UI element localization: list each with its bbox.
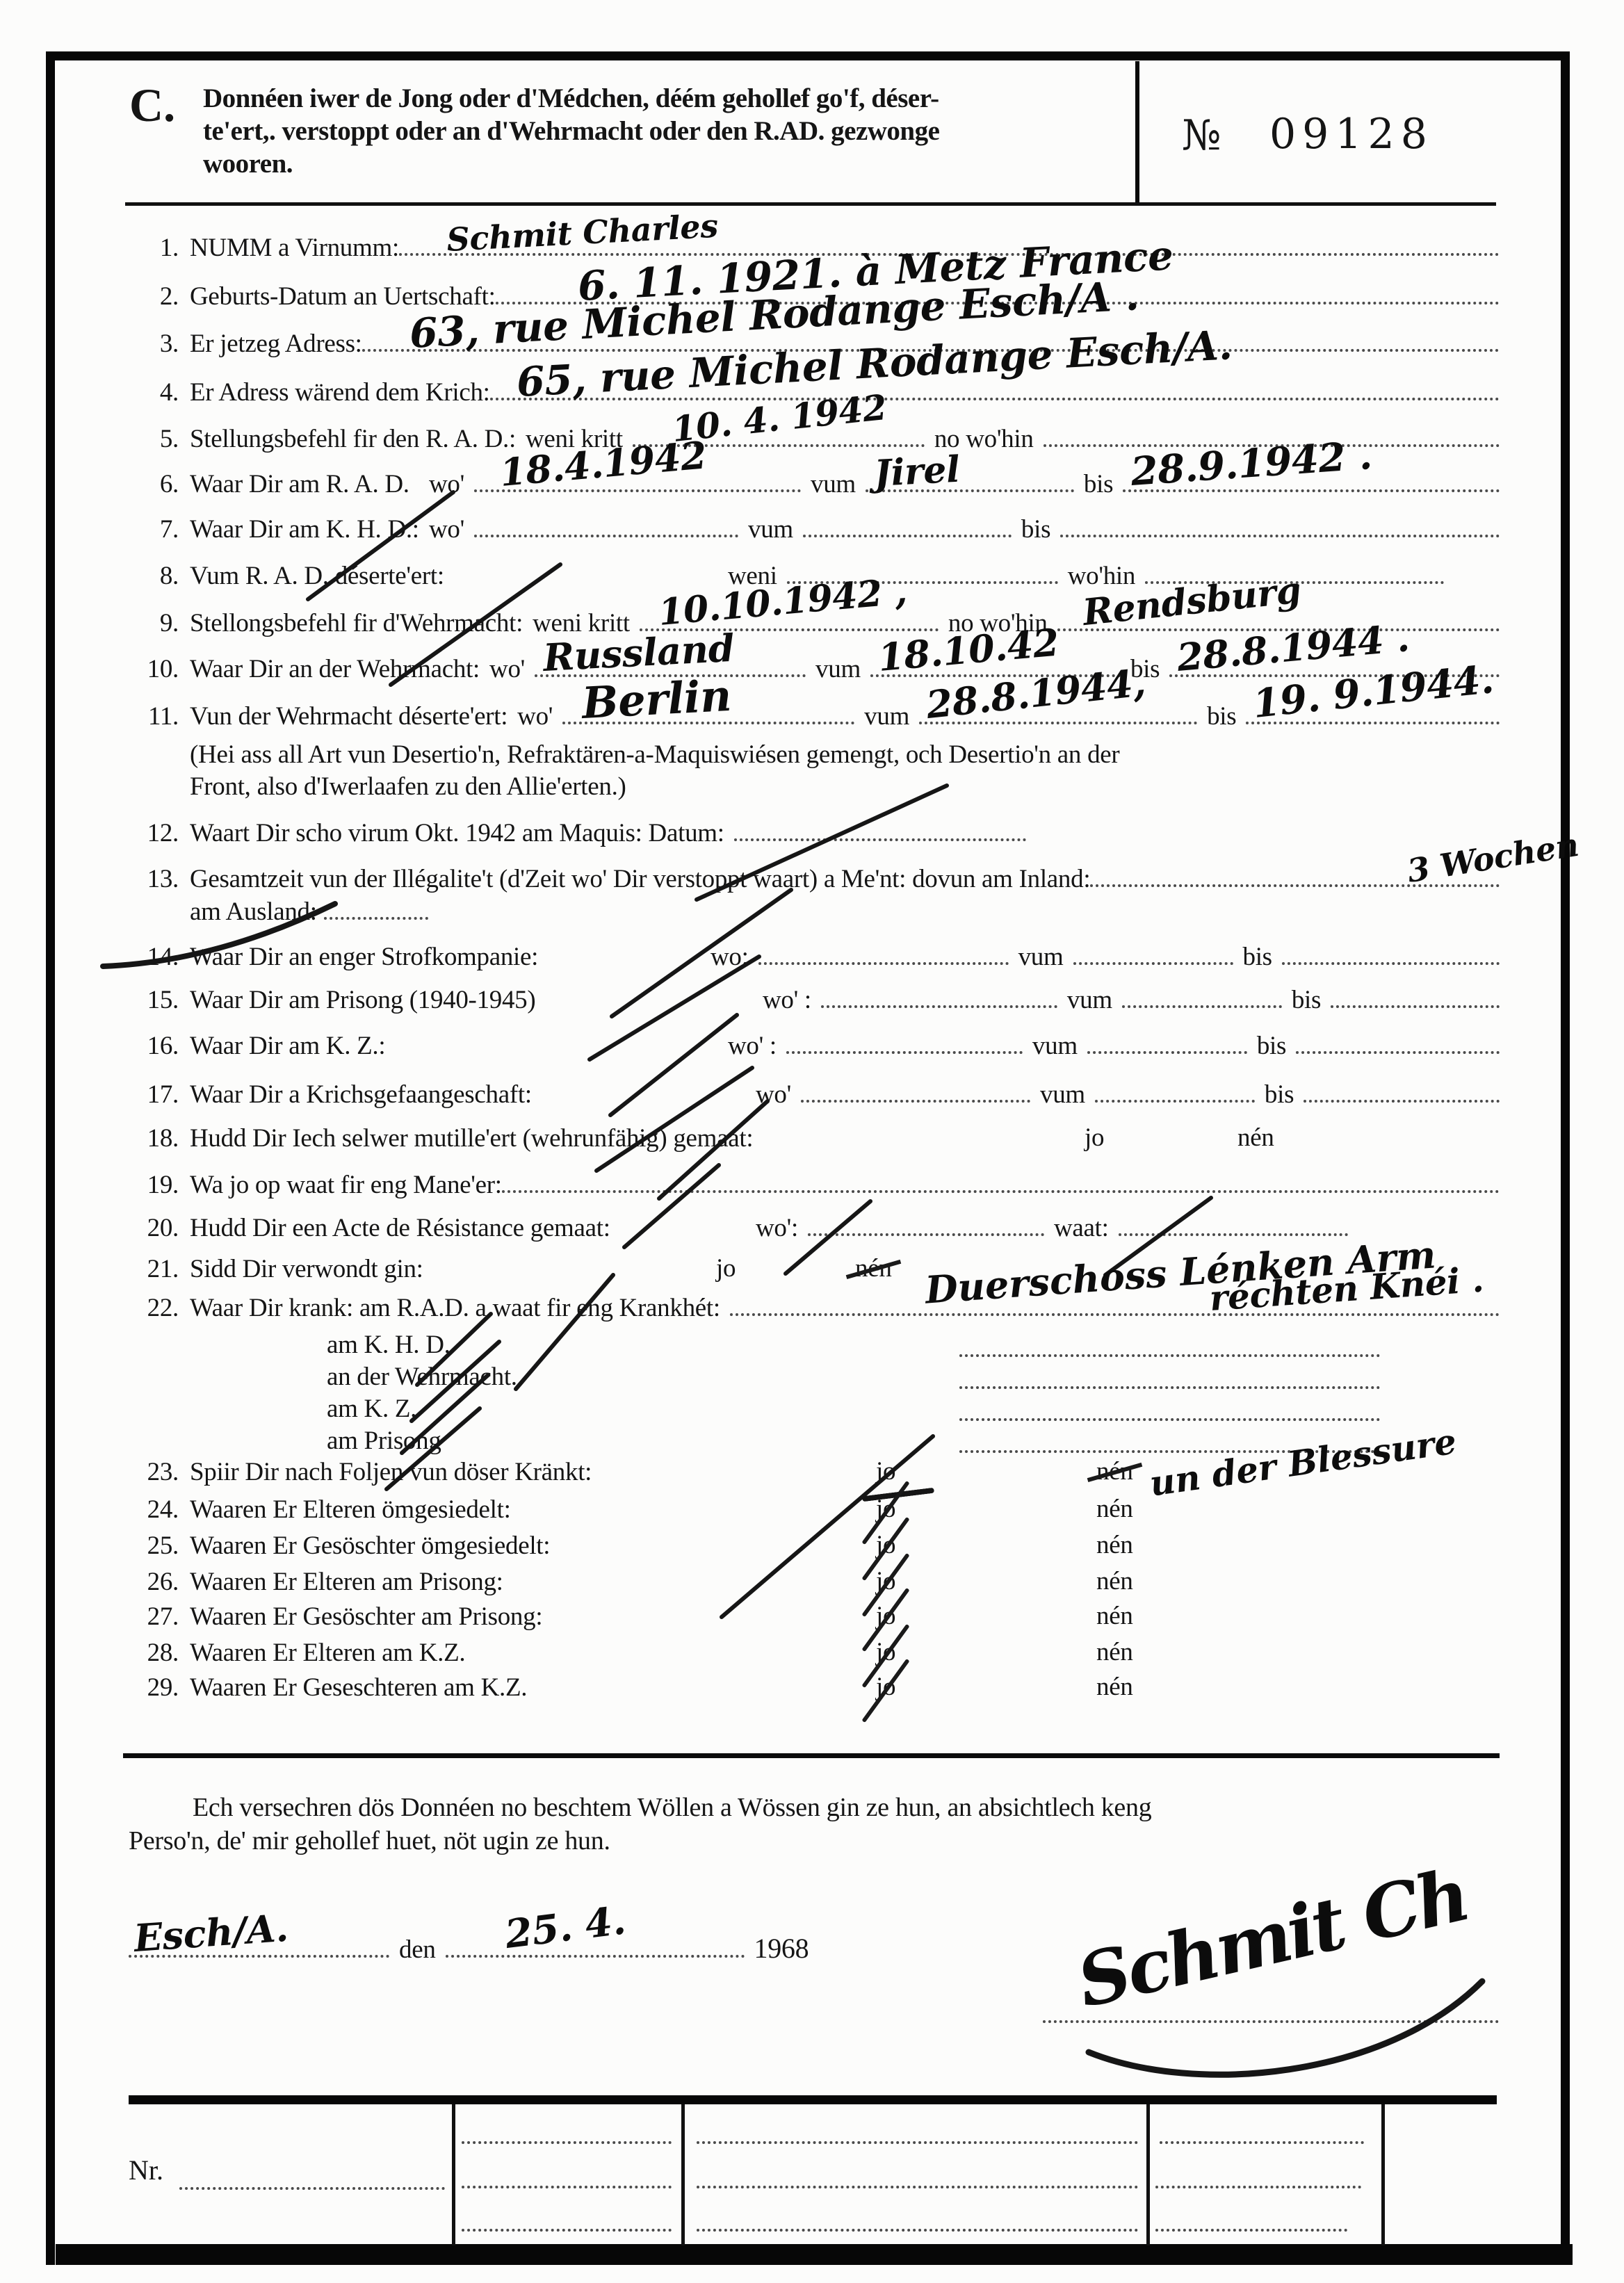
declaration-line1: Ech versechren dös Donnéen no beschtem W… [129, 1791, 1504, 1824]
field-word: wo' [507, 701, 562, 731]
fill-in-line [801, 1079, 1030, 1103]
item-label: Er jetzeg Adress: [190, 329, 362, 359]
footer-dotted-line [462, 2229, 672, 2232]
option-jo-struck: jo [876, 1494, 895, 1524]
footer-dotted-line [462, 2141, 672, 2144]
field-word: bis [1233, 942, 1282, 972]
option-jo-struck: jo [876, 1637, 895, 1667]
form-row-28: 28. Waaren Er Elteren am K.Z. jo nén [129, 1638, 1500, 1671]
fill-in-line [1119, 1212, 1348, 1236]
field-word: wo' [419, 469, 474, 499]
sub-label-prisong: am Prisong [327, 1426, 441, 1456]
item-number: 8. [129, 561, 190, 591]
footer-table-top-bar [129, 2095, 1497, 2104]
form-row-22-sub2: an der Wehrmacht. [129, 1361, 1500, 1395]
footer-dotted-line [1155, 2186, 1361, 2188]
item-number: 15. [129, 985, 190, 1015]
fill-in-line [1087, 1030, 1247, 1054]
fill-in-line [474, 514, 738, 537]
footer-table-vline [1146, 2104, 1150, 2245]
field-word: bis [1012, 514, 1060, 544]
field-word: wo' [746, 1080, 801, 1110]
item-label: Waar Dir krank: am R.A.D. a waat fir eng… [190, 1293, 720, 1323]
item-label: Waar Dir am Prisong (1940-1945) [190, 985, 753, 1015]
option-jo-struck: jo [876, 1530, 895, 1560]
field-word: vum [801, 469, 866, 499]
field-word: wo' : [718, 1031, 786, 1061]
field-word: vum [1030, 1080, 1095, 1110]
form-row-22: 22. Waar Dir krank: am R.A.D. a waat fir… [129, 1292, 1500, 1326]
fill-in-line: 65, rue Michel Rodange Esch/A. [490, 377, 1500, 400]
option-nen-struck: nén [855, 1253, 892, 1283]
form-row-13: 13. Gesamtzeit vun der Illégalite't (d'Z… [129, 863, 1500, 897]
item-label: Waaren Er Elteren am Prisong: [190, 1567, 503, 1597]
item-label: Waaren Er Gesöschter am Prisong: [190, 1602, 542, 1632]
item-label: Vun der Wehrmacht déserte'ert: [190, 701, 507, 731]
item-number: 26. [129, 1567, 190, 1597]
form-row-7: 7. Waar Dir am K. H. D.: wo' vum bis [129, 514, 1500, 547]
item-number: 23. [129, 1457, 190, 1487]
item-label: Waar Dir an enger Strofkompanie: [190, 942, 701, 972]
form-title: Donnéen iwer de Jong oder d'Médchen, déé… [203, 82, 1128, 180]
item-number: 2. [129, 282, 190, 311]
fill-in-line [959, 1386, 1380, 1389]
item-number: 10. [129, 654, 190, 684]
footer-dotted-line [1155, 2229, 1347, 2232]
fill-in-line [1122, 984, 1282, 1008]
fill-in-line: 28.9.1942 . [1123, 469, 1500, 492]
item-number: 24. [129, 1495, 190, 1525]
form-row-6: 6. Waar Dir am R. A. D. wo' 18.4.1942 vu… [129, 469, 1500, 502]
item-number: 29. [129, 1673, 190, 1703]
form-row-26: 26. Waaren Er Elteren am Prisong: jo nén [129, 1567, 1500, 1600]
form-row-19: 19. Wa jo op waat fir eng Mane'er: [129, 1169, 1500, 1203]
item-label: Sidd Dir verwondt gin: [190, 1254, 423, 1284]
fill-in-line: Jirel [866, 469, 1074, 492]
item-label: Waaren Er Elteren am K.Z. [190, 1638, 465, 1668]
item-number: 14. [129, 942, 190, 972]
fill-in-line [959, 1418, 1380, 1421]
footer-dotted-line [462, 2186, 672, 2188]
fill-in-line [821, 984, 1057, 1008]
form-row-22-sub3: am K. Z. [129, 1393, 1500, 1427]
header-divider [1135, 61, 1139, 202]
field-word: wo' [480, 654, 535, 684]
item-number: 21. [129, 1254, 190, 1284]
fill-in-line: 18.4.1942 [474, 469, 801, 492]
footer-dotted-line [1160, 2141, 1364, 2144]
option-nen: nén [1096, 1566, 1133, 1596]
field-word: waat: [1044, 1213, 1119, 1243]
item-label: Stellongsbefehl fir d'Wehrmacht: [190, 608, 523, 638]
form-row-12: 12. Waart Dir scho virum Okt. 1942 am Ma… [129, 818, 1500, 851]
item-label: Waar Dir am K. H. D.: [190, 514, 419, 544]
declaration-paragraph: Ech versechren dös Donnéen no beschtem W… [129, 1791, 1504, 1858]
footer-table-vline [681, 2104, 685, 2245]
item-number: 11. [129, 701, 190, 731]
form-row-29: 29. Waaren Er Geseschteren am K.Z. jo né… [129, 1673, 1500, 1706]
form-title-line1: Donnéen iwer de Jong oder d'Médchen, déé… [203, 82, 1128, 115]
item-number: 5. [129, 424, 190, 454]
field-word: vum [854, 701, 919, 731]
fill-in-line [324, 896, 428, 920]
field-word: vum [1009, 942, 1073, 972]
field-word: wo' [419, 514, 474, 544]
declaration-line2: Perso'n, de' mir gehollef huet, nöt ugin… [129, 1824, 1504, 1858]
declaration-separator [123, 1753, 1500, 1758]
option-jo-struck: jo [876, 1566, 895, 1596]
item-label: Vum R. A. D. déserte'ert: [190, 561, 718, 591]
item-label: Geburts-Datum an Uertschaft: [190, 282, 496, 311]
form-row-22-sub1: am K. H. D. [129, 1329, 1500, 1363]
option-nen: nén [1096, 1601, 1133, 1631]
fill-in-line: 28.8.1944, [919, 701, 1197, 724]
item-label: Stellungsbefehl fir den R. A. D.: [190, 424, 516, 454]
word-den: den [389, 1935, 446, 1965]
form-row-20: 20. Hudd Dir een Acte de Résistance gema… [129, 1212, 1500, 1246]
field-word: bis [1255, 1080, 1304, 1110]
item-label: Er Adress wärend dem Krich: [190, 377, 490, 407]
form-row-13b: am Ausland: [129, 896, 1500, 929]
footer-table-vline [452, 2104, 455, 2245]
numero-sign: № [1182, 111, 1221, 160]
option-nen: nén [1096, 1494, 1133, 1524]
fill-in-line [1282, 941, 1500, 965]
field-word: vum [1057, 985, 1122, 1015]
option-nen-struck: nén [1096, 1456, 1133, 1486]
fill-in-line [1296, 1030, 1500, 1054]
item-label: Waar Dir a Krichsgefaangeschaft: [190, 1080, 746, 1110]
form-title-line2: te'ert,. verstoppt oder an d'Wehrmacht o… [203, 115, 1128, 147]
item-label: Waart Dir scho virum Okt. 1942 am Maquis… [190, 818, 724, 848]
form-row-17: 17. Waar Dir a Krichsgefaangeschaft: wo'… [129, 1079, 1500, 1112]
place-line: Esch/A. [129, 1934, 389, 1958]
sub-label-wehrmacht: an der Wehrmacht. [327, 1362, 517, 1392]
item-number: 13. [129, 864, 190, 894]
year-printed: 1968 [745, 1932, 819, 1965]
field-word: wo': [746, 1213, 808, 1243]
item-number: 12. [129, 818, 190, 848]
item-number: 17. [129, 1080, 190, 1110]
section-letter: C. [129, 78, 175, 133]
item-number: 4. [129, 377, 190, 407]
option-jo-struck: jo [876, 1672, 895, 1702]
footer-dotted-line [697, 2141, 1138, 2144]
form-title-line3: wooren. [203, 147, 1128, 180]
option-jo: jo [1085, 1123, 1104, 1153]
form-row-11-note2: Front, also d'Iwerlaafen zu den Allie'er… [129, 772, 1500, 805]
item-label: Waaren Er Geseschteren am K.Z. [190, 1673, 527, 1703]
option-jo-struck: jo [876, 1601, 895, 1631]
fill-in-line [758, 941, 1009, 965]
footer-dotted-line [697, 2229, 1138, 2232]
fill-in-line [1060, 514, 1500, 537]
item-label: Waaren Er Elteren ömgesiedelt: [190, 1495, 511, 1525]
form-row-16: 16. Waar Dir am K. Z.: wo' : vum bis [129, 1030, 1500, 1064]
item-label: Waar Dir am K. Z.: [190, 1031, 718, 1061]
day-line: 25. 4. [446, 1934, 745, 1958]
field-word: wo' : [753, 985, 821, 1015]
signature-line [1043, 2020, 1499, 2023]
form-row-11: 11. Vun der Wehrmacht déserte'ert: wo' B… [129, 701, 1500, 734]
item-number: 27. [129, 1602, 190, 1632]
field-word: bis [1247, 1031, 1296, 1061]
form-serial-number: 09128 [1269, 110, 1434, 159]
fill-in-line [1073, 941, 1233, 965]
header-rule [125, 202, 1496, 206]
option-nen: nén [1096, 1672, 1133, 1702]
fill-in-line [1095, 1079, 1255, 1103]
item-number: 28. [129, 1638, 190, 1668]
item-number: 6. [129, 469, 190, 499]
handwritten-place: Jirel [873, 448, 961, 495]
fill-in-line [808, 1212, 1044, 1236]
field-word: wo: [701, 942, 758, 972]
item-number: 7. [129, 514, 190, 544]
item-label: NUMM a Virnumm: [190, 233, 399, 263]
parenthetical-note: Front, also d'Iwerlaafen zu den Allie'er… [190, 772, 626, 802]
fill-in-line: Berlin [562, 701, 854, 724]
footer-table-vline [1381, 2104, 1385, 2245]
field-word: bis [1282, 985, 1331, 1015]
fill-in-line [786, 1030, 1023, 1054]
field-word: vum [1023, 1031, 1087, 1061]
form-row-25: 25. Waaren Er Gesöschter ömgesiedelt: jo… [129, 1531, 1500, 1564]
item-label: Waaren Er Gesöschter ömgesiedelt: [190, 1531, 550, 1561]
fill-in-line [803, 514, 1012, 537]
form-row-15: 15. Waar Dir am Prisong (1940-1945) wo' … [129, 984, 1500, 1018]
sub-label-khd: am K. H. D. [327, 1330, 450, 1360]
option-nen: nén [1096, 1530, 1133, 1560]
item-label: am Ausland: [190, 897, 317, 927]
handwritten-place: Berlin [580, 670, 732, 729]
field-word: vum [738, 514, 803, 544]
item-label: Wa jo op waat fir eng Mane'er: [190, 1170, 502, 1200]
fill-in-line: 3 Wochen [1090, 863, 1500, 887]
fill-in-line [1331, 984, 1500, 1008]
item-number: 16. [129, 1031, 190, 1061]
item-number: 3. [129, 329, 190, 359]
fill-in-line [959, 1354, 1380, 1357]
option-jo-underlined: jo [876, 1456, 895, 1486]
fill-in-line [1304, 1079, 1500, 1103]
footer-nr-label: Nr. [129, 2154, 163, 2186]
item-number: 19. [129, 1170, 190, 1200]
form-row-27: 27. Waaren Er Gesöschter am Prisong: jo … [129, 1602, 1500, 1635]
sub-label-kz: am K. Z. [327, 1394, 416, 1424]
item-number: 20. [129, 1213, 190, 1243]
field-word: vum [806, 654, 870, 684]
item-label: Gesamtzeit vun der Illégalite't (d'Zeit … [190, 864, 1090, 894]
form-row-24: 24. Waaren Er Elteren ömgesiedelt: jo né… [129, 1495, 1500, 1528]
scanned-form-page: C. Donnéen iwer de Jong oder d'Médchen, … [0, 0, 1624, 2283]
form-row-11-note1: (Hei ass all Art vun Desertio'n, Refrakt… [129, 740, 1500, 773]
fill-in-line: 19. 9.1944. [1246, 701, 1500, 724]
item-label: Hudd Dir een Acte de Résistance gemaat: [190, 1213, 746, 1243]
footer-dotted-line [697, 2186, 1138, 2188]
item-label: Waar Dir an der Wehrmacht: [190, 654, 480, 684]
fill-in-line [502, 1169, 1500, 1193]
parenthetical-note: (Hei ass all Art vun Desertio'n, Refrakt… [190, 740, 1119, 770]
form-row-14: 14. Waar Dir an enger Strofkompanie: wo:… [129, 941, 1500, 975]
footer-dotted-line [179, 2187, 445, 2190]
field-word: bis [1197, 701, 1246, 731]
page-border-bottom [56, 2244, 1573, 2265]
item-label: Hudd Dir Iech selwer mutille'ert (wehrun… [190, 1123, 753, 1153]
item-label: Waar Dir am R. A. D. [190, 469, 419, 499]
fill-in-line [734, 818, 1026, 841]
item-number: 1. [129, 233, 190, 263]
item-label: Spiir Dir nach Foljen vun döser Kränkt: [190, 1457, 592, 1487]
item-number: 9. [129, 608, 190, 638]
field-word: bis [1074, 469, 1123, 499]
item-number: 18. [129, 1123, 190, 1153]
item-number: 25. [129, 1531, 190, 1561]
option-jo: jo [716, 1253, 736, 1283]
form-row-18: 18. Hudd Dir Iech selwer mutille'ert (we… [129, 1123, 1500, 1157]
item-number: 22. [129, 1293, 190, 1323]
option-nen: nén [1096, 1637, 1133, 1667]
option-nen: nén [1237, 1123, 1274, 1153]
